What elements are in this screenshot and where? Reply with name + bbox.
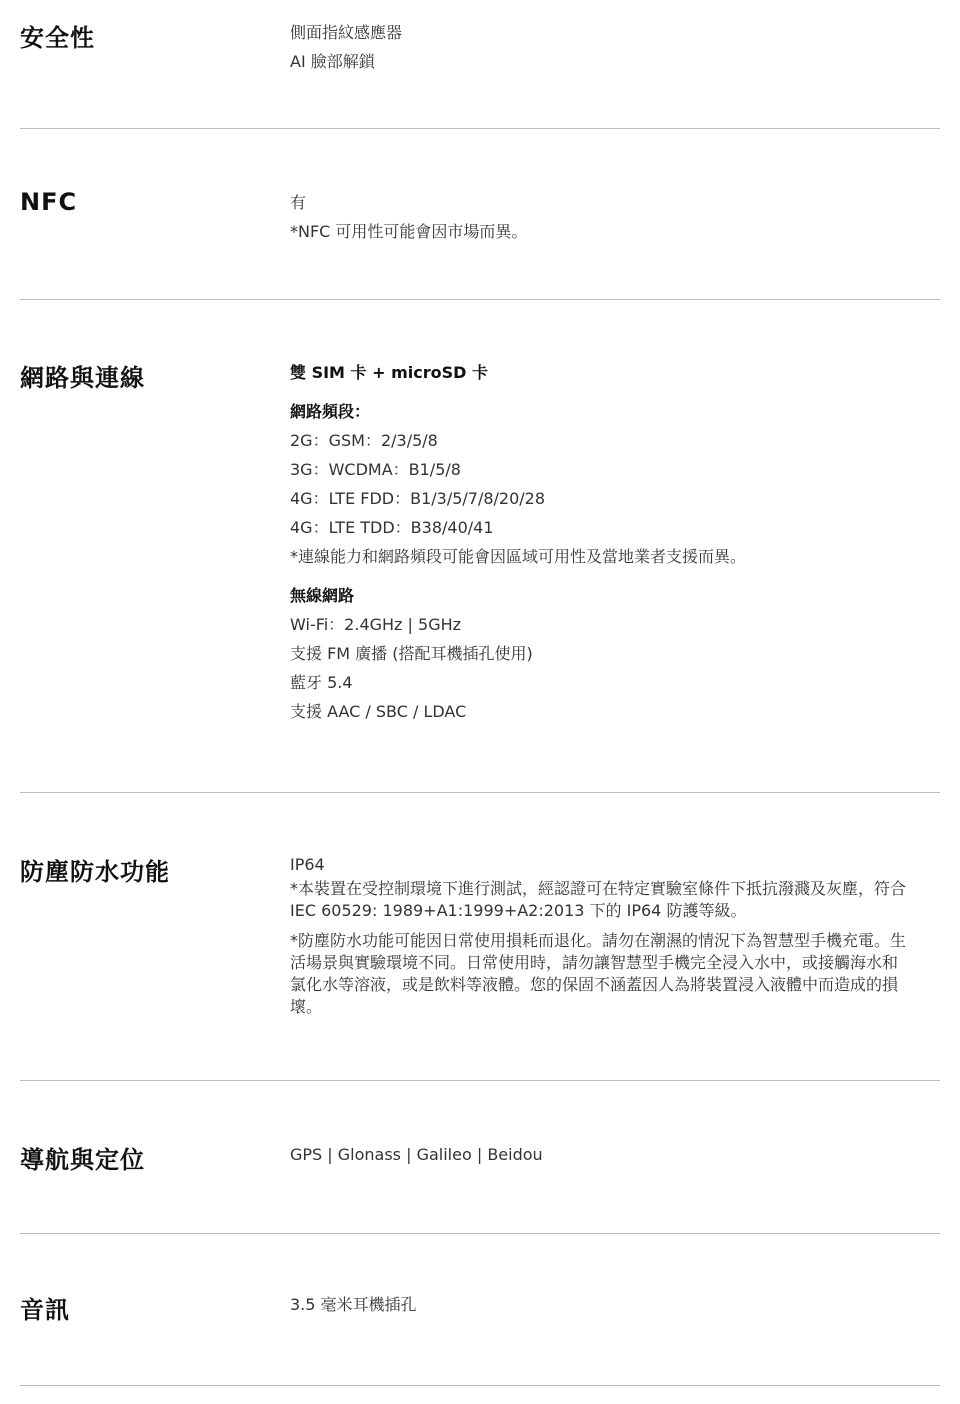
spec-line: GPS | Glonass | Galileo | Beidou — [290, 1140, 910, 1169]
band-line: 2G：GSM：2/3/5/8 — [290, 426, 910, 455]
divider — [20, 1385, 940, 1386]
spec-line: 3.5 毫米耳機插孔 — [290, 1290, 910, 1319]
spec-note: *本裝置在受控制環境下進行測試，經認證可在特定實驗室條件下抵抗潑濺及灰塵，符合 … — [290, 878, 910, 922]
divider — [20, 1080, 940, 1081]
divider — [20, 1233, 940, 1234]
wireless-heading: 無線網路 — [290, 581, 910, 610]
divider — [20, 299, 940, 300]
band-line: 4G：LTE TDD：B38/40/41 — [290, 513, 910, 542]
bands-heading: 網路頻段： — [290, 397, 910, 426]
section-content: 側面指紋感應器 AI 臉部解鎖 — [290, 18, 910, 76]
divider — [20, 128, 940, 129]
wireless-line: 支援 AAC / SBC / LDAC — [290, 697, 910, 726]
wireless-line: 藍牙 5.4 — [290, 668, 910, 697]
ip-rating: IP64 — [290, 852, 910, 878]
section-title: NFC — [20, 188, 77, 216]
section-title: 導航與定位 — [20, 1140, 145, 1175]
band-line: 4G：LTE FDD：B1/3/5/7/8/20/28 — [290, 484, 910, 513]
section-content: 雙 SIM 卡 + microSD 卡 網路頻段： 2G：GSM：2/3/5/8… — [290, 358, 910, 726]
section-content: GPS | Glonass | Galileo | Beidou — [290, 1140, 910, 1169]
band-line: 3G：WCDMA：B1/5/8 — [290, 455, 910, 484]
section-title: 音訊 — [20, 1290, 70, 1325]
section-title: 網路與連線 — [20, 358, 145, 393]
section-title: 安全性 — [20, 18, 95, 53]
spec-note: *防塵防水功能可能因日常使用損耗而退化。請勿在潮濕的情況下為智慧型手機充電。生活… — [290, 930, 910, 1018]
section-content: 有 *NFC 可用性可能會因市場而異。 — [290, 188, 910, 246]
section-content: IP64 *本裝置在受控制環境下進行測試，經認證可在特定實驗室條件下抵抗潑濺及灰… — [290, 852, 910, 1018]
spec-note: *NFC 可用性可能會因市場而異。 — [290, 217, 910, 246]
sim-headline: 雙 SIM 卡 + microSD 卡 — [290, 358, 910, 387]
wireless-line: Wi-Fi：2.4GHz | 5GHz — [290, 610, 910, 639]
section-content: 3.5 毫米耳機插孔 — [290, 1290, 910, 1319]
wireless-line: 支援 FM 廣播 (搭配耳機插孔使用) — [290, 639, 910, 668]
section-title: 防塵防水功能 — [20, 852, 170, 887]
divider — [20, 792, 940, 793]
spec-line: AI 臉部解鎖 — [290, 47, 910, 76]
spec-line: 有 — [290, 188, 910, 217]
spec-line: 側面指紋感應器 — [290, 18, 910, 47]
bands-note: *連線能力和網路頻段可能會因區域可用性及當地業者支援而異。 — [290, 542, 910, 571]
